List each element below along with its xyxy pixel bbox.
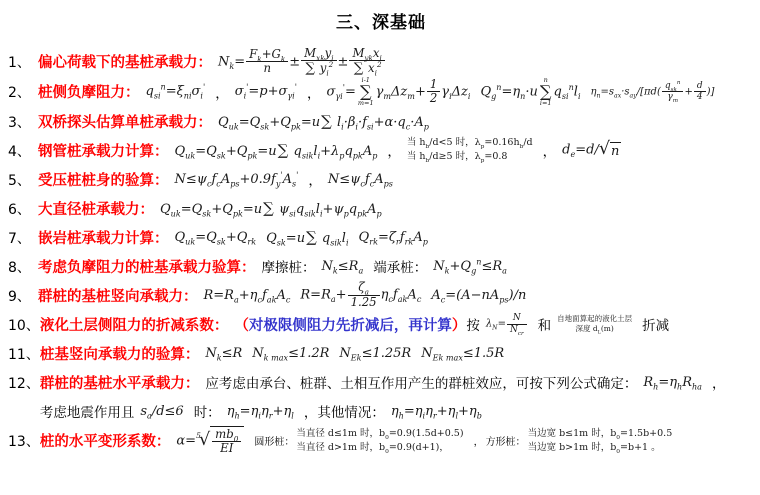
formula: R=Ra+ηcfakAc <box>204 288 291 303</box>
note-text: 折减 <box>642 314 669 334</box>
item-number: 10、 <box>8 310 40 335</box>
condition-line: 当直径 d≤1m 时，b0=0.9(1.5d+0.5) <box>296 427 463 441</box>
formula-item: 5、受压桩桩身的验算：N≤ψcfcAps+0.9fy'As'，N≤ψcfcAps <box>8 165 754 194</box>
note-text: 摩擦桩： <box>262 256 316 276</box>
item-number: 3、 <box>8 107 38 132</box>
formula-small: ηn=sax·say/[πd(qsknγm+d4)] <box>591 81 715 103</box>
note-text: ， <box>543 140 557 160</box>
item-line: 双桥探头估算单桩承载力：Quk=Qsk+Qpk=u∑ li·βi·fsi+α·q… <box>38 107 754 136</box>
item-number: 5、 <box>8 165 38 190</box>
item-body: 偏心荷载下的基桩承载力：Nk=Fk+Gkn±Mxkyi∑ yi2±Mykxi∑ … <box>38 47 754 77</box>
formula-item: 11、桩基竖向承载力的验算：Nk≤RNk max≤1.2RNEk≤1.25RNE… <box>8 339 754 368</box>
formula: Ac=(A−nAps)/n <box>431 288 526 303</box>
item-label: 液化土层侧阻力的折减系数： <box>40 314 229 335</box>
formula-item: 8、考虑负摩阻力的桩基承载力验算：摩擦桩：Nk≤Ra端承桩：Nk+Qgn≤Ra <box>8 252 754 281</box>
document-page: 三、深基础 1、偏心荷载下的基桩承载力：Nk=Fk+Gkn±Mxkyi∑ yi2… <box>0 0 760 495</box>
item-number: 9、 <box>8 281 38 306</box>
item-label: 桩的水平变形系数： <box>40 430 171 451</box>
item-body: 桩侧负摩阻力：qsin=ξniσi'，σi'=p+σγi'，σγi'=i-1∑m… <box>38 77 754 107</box>
item-label: 嵌岩桩承载力计算： <box>38 227 169 248</box>
item-body: 群桩的基桩竖向承载力：R=Ra+ηcfakAcR=Ra+ζa1.25ηcfakA… <box>38 281 754 310</box>
formula-item: 9、群桩的基桩竖向承载力：R=Ra+ηcfakAcR=Ra+ζa1.25ηcfa… <box>8 281 754 310</box>
formula-item: 6、大直径桩承载力：Quk=Qsk+Qpk=u∑ ψsiqsikli+ψpqpk… <box>8 194 754 223</box>
formula-small: λN=NNcr <box>486 313 528 335</box>
item-number: 1、 <box>8 47 38 72</box>
item-body: 桩的水平变形系数：α=5√mb0EI圆形桩：当直径 d≤1m 时，b0=0.9(… <box>40 426 754 456</box>
condition-note: 当直径 d≤1m 时，b0=0.9(1.5d+0.5)当直径 d>1m 时，b0… <box>296 427 463 455</box>
note-text: 应考虑由承台、桩群、土相互作用产生的群桩效应，可按下列公式确定： <box>205 372 637 392</box>
item-line: 桩侧负摩阻力：qsin=ξniσi'，σi'=p+σγi'，σγi'=i-1∑m… <box>38 77 754 107</box>
item-body: 嵌岩桩承载力计算：Quk=Qsk+QrkQsk=u∑ qsikliQrk=ζrf… <box>38 223 754 252</box>
formula-list: 1、偏心荷载下的基桩承载力：Nk=Fk+Gkn±Mxkyi∑ yi2±Mykxi… <box>8 47 754 456</box>
condition-line: 当边宽 b>1m 时，b0=b+1 。 <box>528 441 673 455</box>
formula-item: 7、嵌岩桩承载力计算：Quk=Qsk+QrkQsk=u∑ qsikliQrk=ζ… <box>8 223 754 252</box>
formula-item: 2、桩侧负摩阻力：qsin=ξniσi'，σi'=p+σγi'，σγi'=i-1… <box>8 77 754 107</box>
formula: ηh=ηiηr+ηl+ηb <box>391 404 482 419</box>
item-label: 钢管桩承载力计算： <box>38 140 169 161</box>
blue-note: 对极限侧阻力先折减后，再计算 <box>249 314 452 335</box>
item-body: 考虑负摩阻力的桩基承载力验算：摩擦桩：Nk≤Ra端承桩：Nk+Qgn≤Ra <box>38 252 754 281</box>
item-line: 嵌岩桩承载力计算：Quk=Qsk+QrkQsk=u∑ qsikliQrk=ζrf… <box>38 223 754 252</box>
note-text-small: 圆形桩： <box>254 433 294 448</box>
item-body: 液化土层侧阻力的折减系数：（对极限侧阻力先折减后，再计算）按λN=NNcr和自地… <box>40 310 754 339</box>
formula-item: 10、液化土层侧阻力的折减系数：（对极限侧阻力先折减后，再计算）按λN=NNcr… <box>8 310 754 339</box>
condition-line: 当直径 d>1m 时，b0=0.9(d+1)， <box>296 441 463 455</box>
formula: σi'=p+σγi' <box>235 84 297 99</box>
formula: α=5√mb0EI <box>176 426 244 456</box>
item-line: 考虑负摩阻力的桩基承载力验算：摩擦桩：Nk≤Ra端承桩：Nk+Qgn≤Ra <box>38 252 754 281</box>
formula-item: 4、钢管桩承载力计算：Quk=Qsk+Qpk=u∑ qsikli+λpqpkAp… <box>8 136 754 165</box>
item-line: 受压桩桩身的验算：N≤ψcfcAps+0.9fy'As'，N≤ψcfcAps <box>38 165 754 194</box>
item-number: 8、 <box>8 252 38 277</box>
formula-item: 1、偏心荷载下的基桩承载力：Nk=Fk+Gkn±Mxkyi∑ yi2±Mykxi… <box>8 47 754 77</box>
formula: Quk=Qsk+Qpk=u∑ ψsiqsikli+ψpqpkAp <box>160 199 382 217</box>
formula-item: 3、双桥探头估算单桩承载力：Quk=Qsk+Qpk=u∑ li·βi·fsi+α… <box>8 107 754 136</box>
item-body: 桩基竖向承载力的验算：Nk≤RNk max≤1.2RNEk≤1.25RNEk m… <box>40 339 754 368</box>
formula: σγi'=i-1∑m=1γmΔzm+12γiΔzi <box>326 77 470 107</box>
page-title: 三、深基础 <box>8 8 754 33</box>
note-text: ， <box>307 82 321 102</box>
item-number: 13、 <box>8 426 40 451</box>
item-number: 4、 <box>8 136 38 161</box>
formula: Nk≤R <box>205 346 242 361</box>
formula-item: 12、群桩的基桩水平承载力：应考虑由承台、桩群、土相互作用产生的群桩效应，可按下… <box>8 368 754 426</box>
item-line: 考虑地震作用且 sa/d≤6 时：ηh=ηiηr+ηl，其他情况：ηh=ηiηr… <box>40 397 754 426</box>
note-text: ，其他情况： <box>304 401 385 421</box>
item-body: 群桩的基桩水平承载力：应考虑由承台、桩群、土相互作用产生的群桩效应，可按下列公式… <box>40 368 754 426</box>
formula: NEk≤1.25R <box>339 346 411 361</box>
note-text: 考虑地震作用且 <box>40 401 135 421</box>
note-text: 按 <box>466 314 480 334</box>
red-paren: （ <box>234 314 249 335</box>
item-label: 桩基竖向承载力的验算： <box>40 343 200 364</box>
item-label: 群桩的基桩竖向承载力： <box>38 285 198 306</box>
condition-line: 当边宽 b≤1m 时，b0=1.5b+0.5 <box>528 427 673 441</box>
note-text: 时： <box>194 401 221 421</box>
formula: Rh=ηhRha <box>643 375 702 390</box>
formula: Nk+Qgn≤Ra <box>433 259 507 274</box>
formula: de=d/√n <box>562 141 621 159</box>
item-line: 大直径桩承载力：Quk=Qsk+Qpk=u∑ ψsiqsikli+ψpqpkAp <box>38 194 754 223</box>
formula: qsin=ξniσi' <box>146 84 206 99</box>
note-text-small: ， <box>474 433 484 448</box>
formula: Nk=Fk+Gkn±Mxkyi∑ yi2±Mykxi∑ xi2 <box>218 47 386 77</box>
note-text: 端承桩： <box>373 256 427 276</box>
formula: Quk=Qsk+Qpk=u∑ qsikli+λpqpkAp <box>175 141 378 159</box>
formula: Quk=Qsk+Qrk <box>175 230 257 245</box>
note-text: ， <box>387 140 401 160</box>
item-line: 群桩的基桩水平承载力：应考虑由承台、桩群、土相互作用产生的群桩效应，可按下列公式… <box>40 368 754 397</box>
formula: sa/d≤6 <box>140 404 183 419</box>
item-body: 钢管桩承载力计算：Quk=Qsk+Qpk=u∑ qsikli+λpqpkAp，当… <box>38 136 754 165</box>
red-paren: ） <box>452 314 467 335</box>
item-number: 11、 <box>8 339 40 364</box>
condition-line: 当 hb/d<5 时，λp=0.16hb/d <box>407 136 533 150</box>
condition-note: 自地面算起的液化土层深度 dL(m) <box>557 314 632 334</box>
item-body: 双桥探头估算单桩承载力：Quk=Qsk+Qpk=u∑ li·βi·fsi+α·q… <box>38 107 754 136</box>
formula: Qrk=ζrfrkAp <box>359 230 428 245</box>
formula: Qgn=ηn·un∑i=1qsinli <box>480 77 580 107</box>
item-line: 钢管桩承载力计算：Quk=Qsk+Qpk=u∑ qsikli+λpqpkAp，当… <box>38 136 754 165</box>
note-text: ， <box>215 82 229 102</box>
item-number: 7、 <box>8 223 38 248</box>
formula: Nk≤Ra <box>322 259 364 274</box>
item-label: 双桥探头估算单桩承载力： <box>38 111 212 132</box>
formula: NEk max≤1.5R <box>421 346 504 361</box>
formula: Nk max≤1.2R <box>252 346 329 361</box>
item-number: 12、 <box>8 368 40 393</box>
note-text-small: 方形桩： <box>486 433 526 448</box>
condition-line: 自地面算起的液化土层 <box>557 314 632 324</box>
item-label: 考虑负摩阻力的桩基承载力验算： <box>38 256 256 277</box>
formula-item: 13、桩的水平变形系数：α=5√mb0EI圆形桩：当直径 d≤1m 时，b0=0… <box>8 426 754 456</box>
note-text: ， <box>712 372 726 392</box>
condition-line: 当 hb/d≥5 时，λp=0.8 <box>407 150 533 164</box>
item-line: 偏心荷载下的基桩承载力：Nk=Fk+Gkn±Mxkyi∑ yi2±Mykxi∑ … <box>38 47 754 77</box>
item-label: 偏心荷载下的基桩承载力： <box>38 51 212 72</box>
item-label: 桩侧负摩阻力： <box>38 81 140 102</box>
item-number: 6、 <box>8 194 38 219</box>
formula: N≤ψcfcAps <box>328 172 393 187</box>
note-text: 和 <box>538 314 552 334</box>
condition-note: 当 hb/d<5 时，λp=0.16hb/d当 hb/d≥5 时，λp=0.8 <box>407 136 533 164</box>
note-text: ， <box>308 169 322 189</box>
formula: Qsk=u∑ qsikli <box>266 228 348 246</box>
item-line: 液化土层侧阻力的折减系数：（对极限侧阻力先折减后，再计算）按λN=NNcr和自地… <box>40 310 754 339</box>
item-body: 大直径桩承载力：Quk=Qsk+Qpk=u∑ ψsiqsikli+ψpqpkAp <box>38 194 754 223</box>
item-line: 群桩的基桩竖向承载力：R=Ra+ηcfakAcR=Ra+ζa1.25ηcfakA… <box>38 281 754 310</box>
item-label: 群桩的基桩水平承载力： <box>40 372 200 393</box>
item-line: 桩的水平变形系数：α=5√mb0EI圆形桩：当直径 d≤1m 时，b0=0.9(… <box>40 426 754 456</box>
item-label: 受压桩桩身的验算： <box>38 169 169 190</box>
condition-line: 深度 dL(m) <box>557 324 632 334</box>
item-body: 受压桩桩身的验算：N≤ψcfcAps+0.9fy'As'，N≤ψcfcAps <box>38 165 754 194</box>
item-line: 桩基竖向承载力的验算：Nk≤RNk max≤1.2RNEk≤1.25RNEk m… <box>40 339 754 368</box>
condition-note: 当边宽 b≤1m 时，b0=1.5b+0.5当边宽 b>1m 时，b0=b+1 … <box>528 427 673 455</box>
formula: Quk=Qsk+Qpk=u∑ li·βi·fsi+α·qc·Ap <box>218 112 429 130</box>
formula: R=Ra+ζa1.25ηcfakAc <box>300 281 421 309</box>
formula: N≤ψcfcAps+0.9fy'As' <box>175 172 299 187</box>
item-number: 2、 <box>8 77 38 102</box>
formula: ηh=ηiηr+ηl <box>227 404 294 419</box>
item-label: 大直径桩承载力： <box>38 198 154 219</box>
